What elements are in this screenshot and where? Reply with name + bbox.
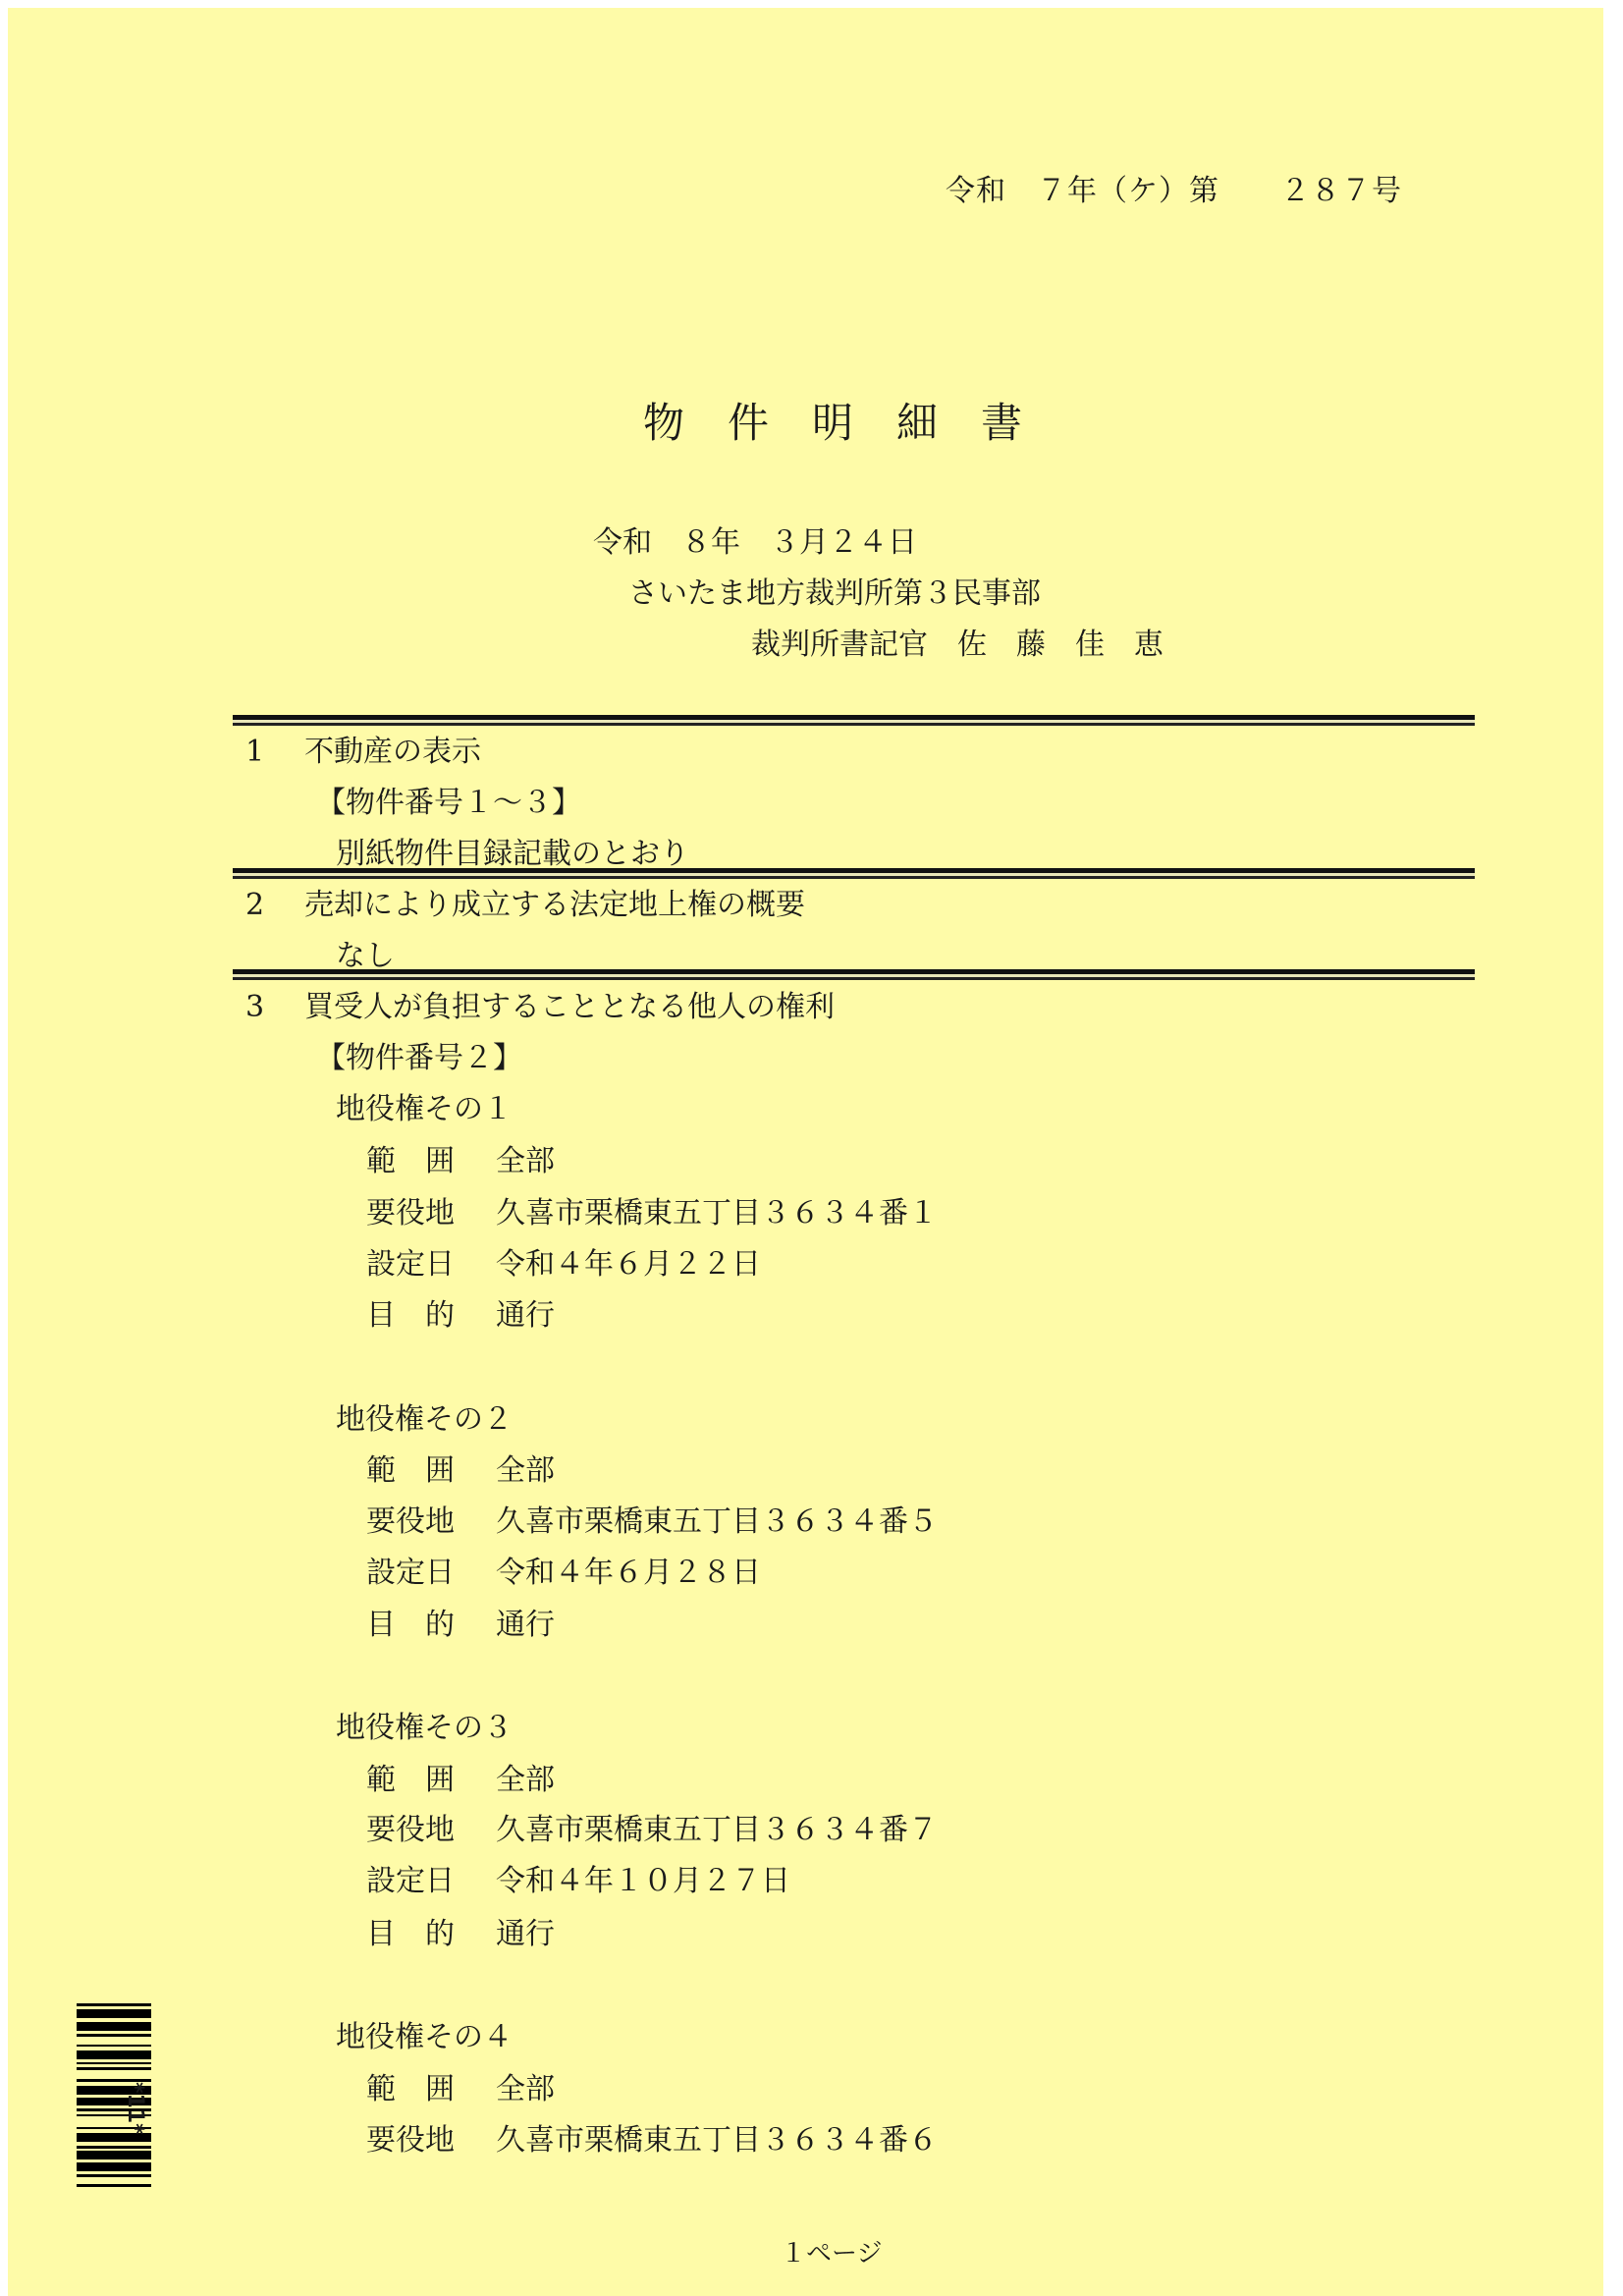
field-value-scope: 全部: [496, 1446, 555, 1497]
field-label-purpose: 目 的: [366, 1290, 474, 1341]
section-divider: [233, 969, 1475, 980]
section-title: 不動産の表示: [304, 727, 481, 778]
document-title: 物件明細書: [643, 403, 1065, 444]
section-number: 3: [245, 982, 285, 1033]
field-value-dominant-land: 久喜市栗橋東五丁目３６３４番６: [496, 2115, 938, 2166]
property-number: 【物件番号２】: [316, 1033, 522, 1084]
field-value-dominant-land: 久喜市栗橋東五丁目３６３４番７: [496, 1805, 938, 1856]
field-label-purpose: 目 的: [366, 1909, 474, 1960]
field-value-set-date: 令和４年１０月２７日: [496, 1856, 790, 1907]
field-value-purpose: 通行: [496, 1909, 555, 1960]
section-title: 買受人が負担することとなる他人の権利: [304, 982, 835, 1033]
easement-heading: 地役権その４: [336, 2012, 513, 2063]
clerk-name: 裁判所書記官 佐 藤 佳 恵: [751, 630, 1163, 660]
section-divider: [233, 868, 1475, 879]
document-page: [8, 8, 1603, 2296]
case-number: 令和 ７年（ケ）第 ２８７号: [946, 177, 1402, 206]
property-number: 【物件番号１～３】: [316, 778, 581, 829]
field-value-set-date: 令和４年６月２８日: [496, 1548, 761, 1599]
field-label-dominant-land: 要役地: [366, 1497, 474, 1548]
court-name: さいたま地方裁判所第３民事部: [628, 579, 1041, 609]
field-value-set-date: 令和４年６月２２日: [496, 1239, 761, 1290]
field-value-scope: 全部: [496, 2064, 555, 2115]
section-title: 売却により成立する法定地上権の概要: [304, 880, 805, 931]
easement-heading: 地役権その２: [336, 1394, 513, 1446]
field-value-purpose: 通行: [496, 1290, 555, 1341]
section-number: 2: [245, 880, 285, 931]
field-value-dominant-land: 久喜市栗橋東五丁目３６３４番５: [496, 1497, 938, 1548]
field-label-set-date: 設定日: [366, 1856, 474, 1907]
field-value-purpose: 通行: [496, 1600, 555, 1651]
document-date: 令和 ８年 ３月２４日: [593, 528, 917, 558]
field-label-scope: 範 囲: [366, 1446, 474, 1497]
field-label-scope: 範 囲: [366, 1755, 474, 1806]
field-value-scope: 全部: [496, 1755, 555, 1806]
field-label-dominant-land: 要役地: [366, 1188, 474, 1239]
easement-heading: 地役権その１: [336, 1084, 513, 1135]
field-label-dominant-land: 要役地: [366, 2115, 474, 2166]
section-number: 1: [245, 727, 285, 778]
field-value-scope: 全部: [496, 1136, 555, 1187]
field-label-set-date: 設定日: [366, 1548, 474, 1599]
field-label-purpose: 目 的: [366, 1600, 474, 1651]
barcode-label: *11*: [123, 2082, 147, 2135]
field-label-scope: 範 囲: [366, 1136, 474, 1187]
section-divider: [233, 715, 1475, 726]
field-label-set-date: 設定日: [366, 1239, 474, 1290]
page-number: １ページ: [781, 2241, 882, 2267]
field-label-dominant-land: 要役地: [366, 1805, 474, 1856]
easement-heading: 地役権その３: [336, 1703, 513, 1754]
field-label-scope: 範 囲: [366, 2064, 474, 2115]
field-value-dominant-land: 久喜市栗橋東五丁目３６３４番１: [496, 1188, 938, 1239]
